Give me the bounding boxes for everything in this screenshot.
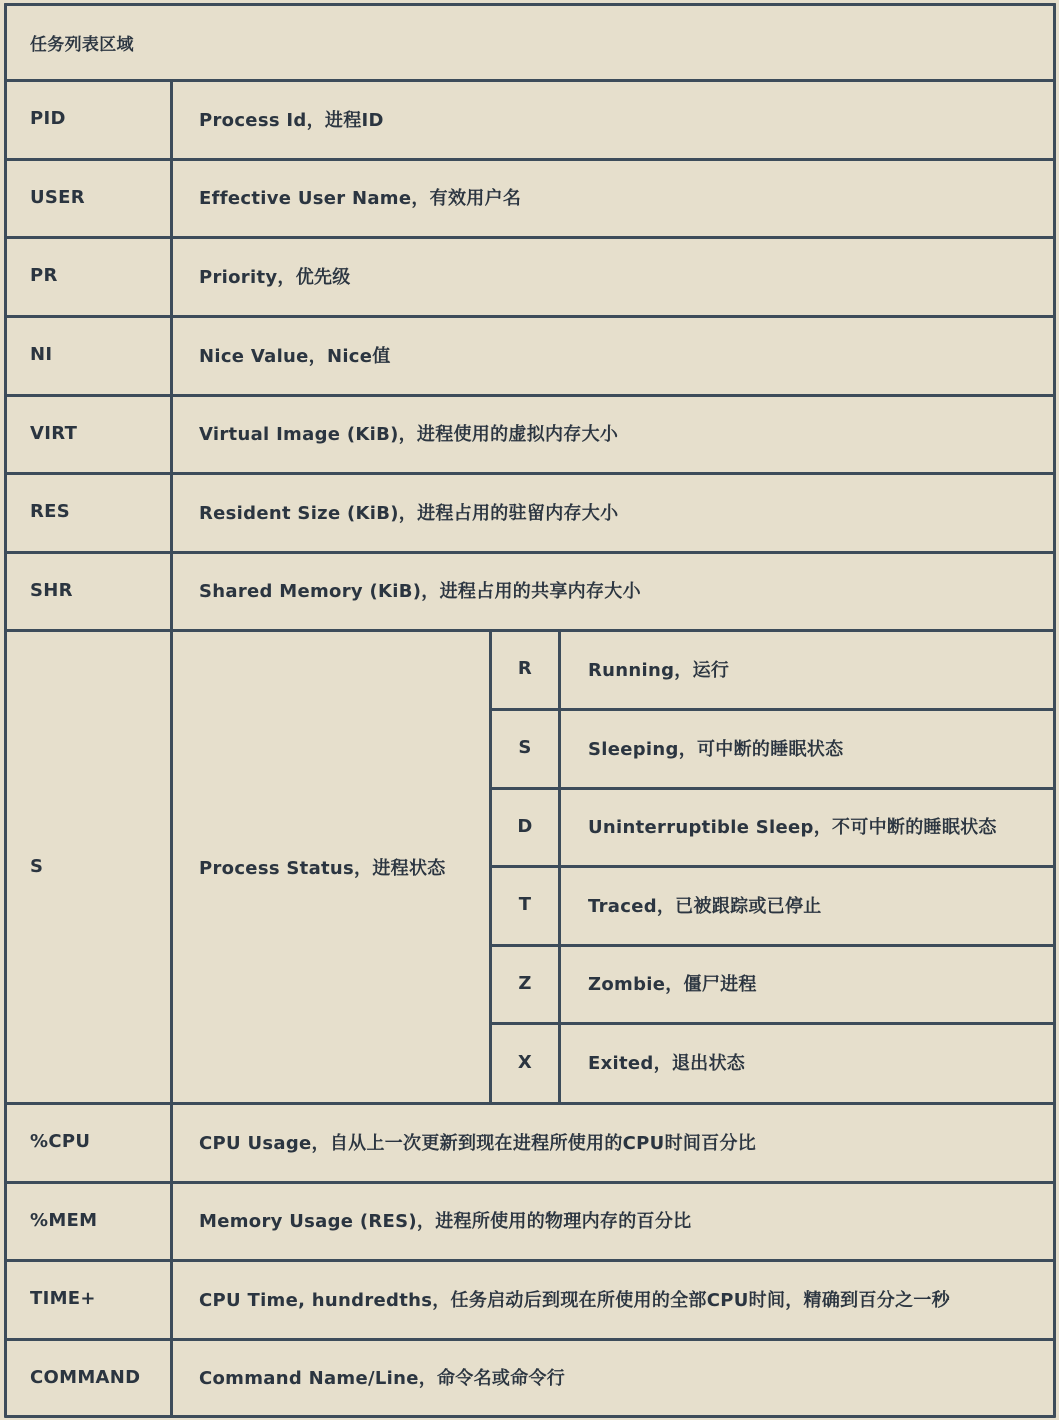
table-title: 任务列表区域 <box>30 22 134 62</box>
field-desc-ni: Nice Value，Nice值 <box>199 315 1049 394</box>
field-desc-virt: Virtual Image (KiB)，进程使用的虚拟内存大小 <box>199 394 1049 472</box>
field-key-mem: %MEM <box>30 1181 170 1259</box>
field-key-command: COMMAND <box>30 1338 170 1416</box>
field-desc-shr: Shared Memory (KiB)，进程占用的共享内存大小 <box>199 551 1049 629</box>
status-code-r: R <box>492 629 558 708</box>
field-key-time: TIME+ <box>30 1259 170 1338</box>
field-key-virt: VIRT <box>30 394 170 472</box>
status-code-x: X <box>492 1022 558 1102</box>
field-key-ni: NI <box>30 315 170 394</box>
status-desc-d: Uninterruptible Sleep，不可中断的睡眠状态 <box>588 787 1048 865</box>
status-code-s: S <box>492 708 558 787</box>
field-desc-mem: Memory Usage (RES)，进程所使用的物理内存的百分比 <box>199 1181 1049 1259</box>
field-desc-command: Command Name/Line，命令名或命令行 <box>199 1338 1049 1416</box>
field-key-status: S <box>30 629 170 1104</box>
field-key-user: USER <box>30 158 170 236</box>
field-desc-user: Effective User Name，有效用户名 <box>199 158 1049 236</box>
border-left <box>4 3 7 1417</box>
status-column-divider <box>558 629 561 1104</box>
status-code-z: Z <box>492 944 558 1022</box>
status-desc-x: Exited，退出状态 <box>588 1022 1048 1102</box>
task-list-table: 任务列表区域 PID Process Id，进程ID USER Effectiv… <box>0 0 1059 1420</box>
field-key-pr: PR <box>30 236 170 315</box>
field-desc-res: Resident Size (KiB)，进程占用的驻留内存大小 <box>199 472 1049 551</box>
column-divider <box>170 79 173 1417</box>
field-desc-pr: Priority，优先级 <box>199 236 1049 315</box>
field-desc-time: CPU Time, hundredths，任务启动后到现在所使用的全部CPU时间… <box>199 1259 1049 1338</box>
field-desc-cpu: CPU Usage，自从上一次更新到现在进程所使用的CPU时间百分比 <box>199 1102 1049 1181</box>
status-desc-z: Zombie，僵尸进程 <box>588 944 1048 1022</box>
status-code-d: D <box>492 787 558 865</box>
border-top <box>4 3 1056 6</box>
status-desc-s: Sleeping，可中断的睡眠状态 <box>588 708 1048 787</box>
field-key-pid: PID <box>30 79 170 158</box>
status-desc-r: Running，运行 <box>588 629 1048 708</box>
status-code-t: T <box>492 865 558 944</box>
field-key-shr: SHR <box>30 551 170 629</box>
field-key-res: RES <box>30 472 170 551</box>
field-key-cpu: %CPU <box>30 1102 170 1181</box>
field-desc-status: Process Status，进程状态 <box>199 629 484 1104</box>
status-desc-t: Traced，已被跟踪或已停止 <box>588 865 1048 944</box>
field-desc-pid: Process Id，进程ID <box>199 79 1049 158</box>
